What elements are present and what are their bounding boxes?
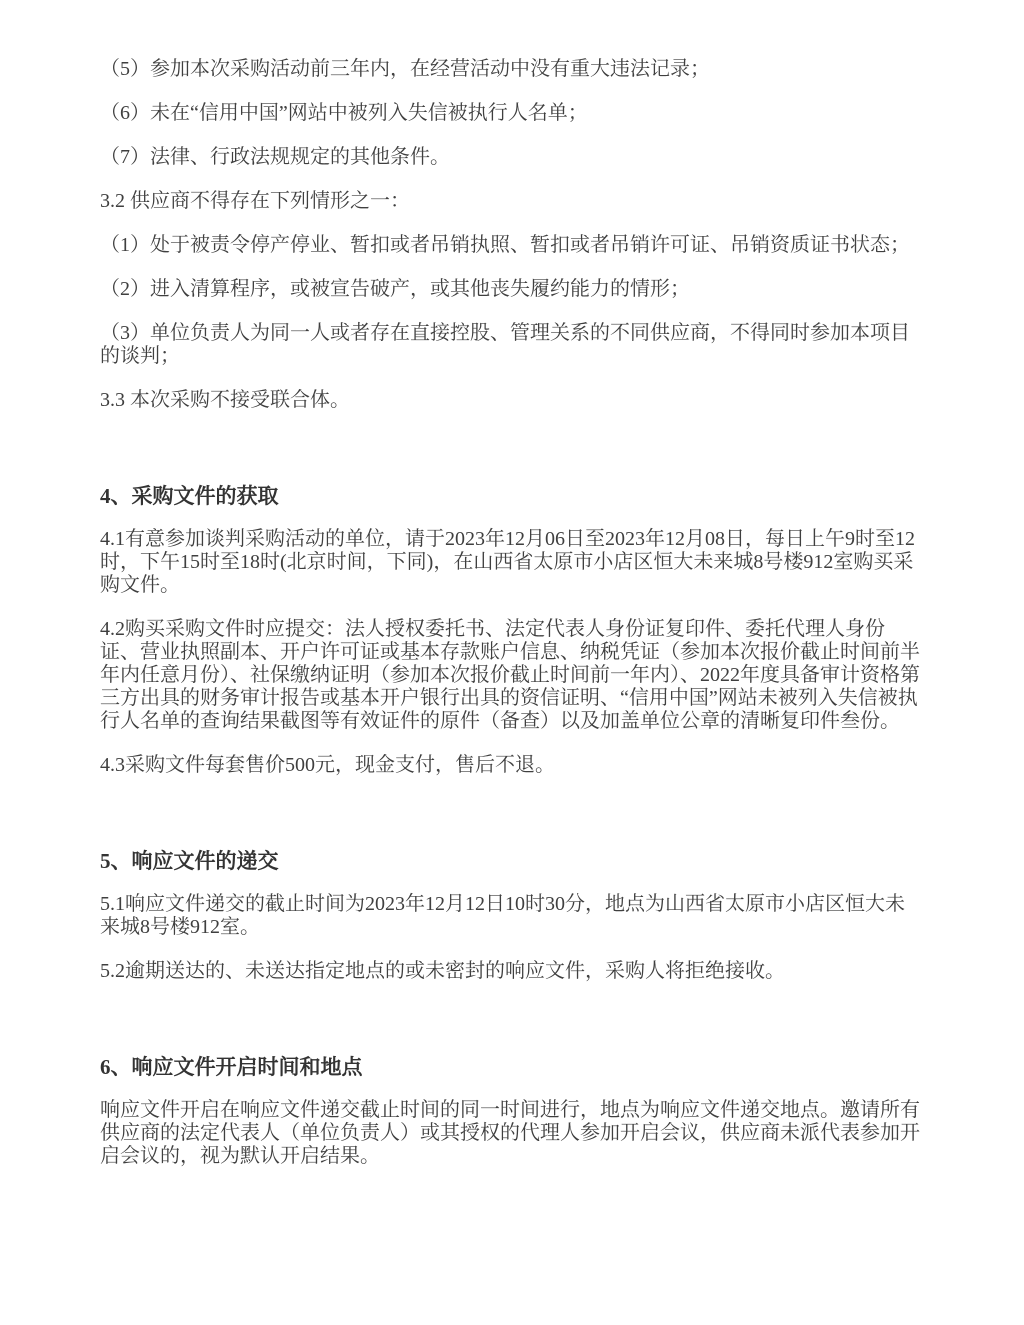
clause-6: （6）未在“信用中国”网站中被列入失信被执行人名单； [100, 102, 920, 125]
clause-4-3: 4.3采购文件每套售价500元，现金支付，售后不退。 [100, 754, 920, 777]
section-6-heading: 6、响应文件开启时间和地点 [100, 1053, 920, 1081]
clause-4-2: 4.2购买采购文件时应提交：法人授权委托书、法定代表人身份证复印件、委托代理人身… [100, 618, 920, 733]
section-6-body: 响应文件开启在响应文件递交截止时间的同一时间进行，地点为响应文件递交地点。邀请所… [100, 1099, 920, 1168]
section-4-heading: 4、采购文件的获取 [100, 482, 920, 510]
clause-3-2: 3.2 供应商不得存在下列情形之一： [100, 190, 920, 213]
clause-5: （5）参加本次采购活动前三年内，在经营活动中没有重大违法记录； [100, 58, 920, 81]
clause-3-2-2: （2）进入清算程序，或被宣告破产，或其他丧失履约能力的情形； [100, 278, 920, 301]
document-page: （5）参加本次采购活动前三年内，在经营活动中没有重大违法记录； （6）未在“信用… [0, 0, 1024, 1325]
clause-5-1: 5.1响应文件递交的截止时间为2023年12月12日10时30分，地点为山西省太… [100, 893, 920, 939]
clause-3-3: 3.3 本次采购不接受联合体。 [100, 389, 920, 412]
section-5-heading: 5、响应文件的递交 [100, 847, 920, 875]
clause-7: （7）法律、行政法规规定的其他条件。 [100, 146, 920, 169]
clause-5-2: 5.2逾期送达的、未送达指定地点的或未密封的响应文件，采购人将拒绝接收。 [100, 960, 920, 983]
clause-3-2-1: （1）处于被责令停产停业、暂扣或者吊销执照、暂扣或者吊销许可证、吊销资质证书状态… [100, 234, 920, 257]
clause-4-1: 4.1有意参加谈判采购活动的单位，请于2023年12月06日至2023年12月0… [100, 528, 920, 597]
clause-3-2-3: （3）单位负责人为同一人或者存在直接控股、管理关系的不同供应商，不得同时参加本项… [100, 322, 920, 368]
